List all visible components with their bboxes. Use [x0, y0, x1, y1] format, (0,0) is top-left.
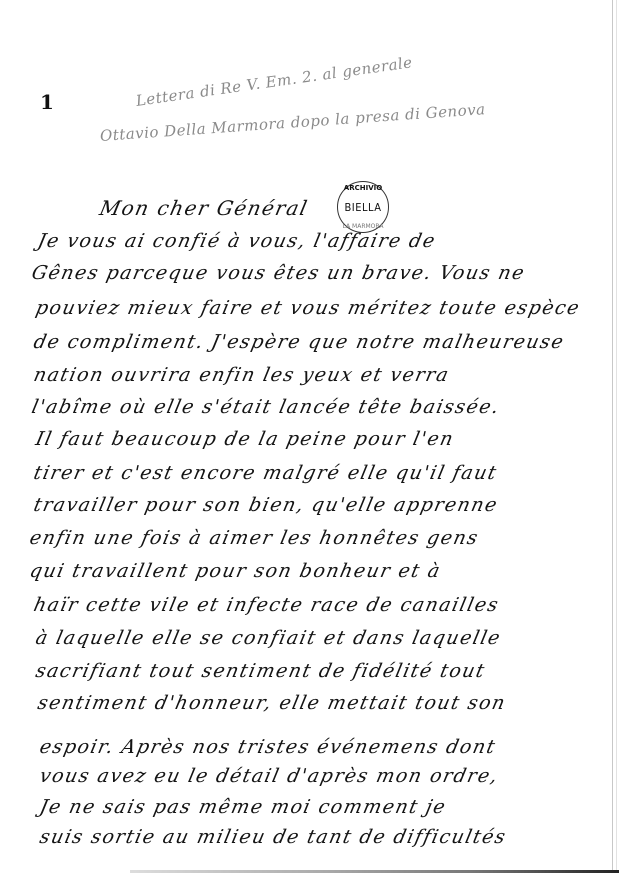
letter-line: qui travaillent pour son bonheur et à — [28, 560, 444, 582]
stamp-top-text: ARCHIVIO — [338, 184, 388, 192]
scan-edge-right-outer — [616, 0, 617, 873]
stamp-bottom-text: LA MARMORA — [338, 223, 388, 230]
letter-line: Je ne sais pas même moi comment je — [38, 796, 449, 818]
letter-line: espoir. Après nos tristes événemens dont — [38, 736, 499, 758]
letter-line: l'abîme où elle s'était lancée tête bais… — [30, 396, 502, 418]
letter-line: travailler pour son bien, qu'elle appren… — [32, 494, 501, 516]
page-number: 1 — [40, 90, 54, 114]
letter-line: nation ouvrira enfin les yeux et verra — [32, 364, 452, 386]
letter-line: enfin une fois à aimer les honnêtes gens — [28, 527, 481, 549]
archival-annotation-line-1: Lettera di Re V. Em. 2. al generale — [135, 53, 414, 110]
salutation: Mon cher Général — [97, 196, 310, 220]
letter-line: Je vous ai confié à vous, l'affaire de — [36, 230, 438, 252]
letter-line: sacrifiant tout sentiment de fidélité to… — [34, 660, 488, 682]
letter-line: Il faut beaucoup de la peine pour l'en — [34, 428, 457, 450]
letter-line: de compliment. J'espère que notre malheu… — [32, 331, 567, 353]
letter-line: à laquelle elle se confiait et dans laqu… — [34, 627, 504, 649]
letter-line: pouviez mieux faire et vous méritez tout… — [34, 297, 583, 319]
scan-edge-right — [612, 0, 613, 873]
letter-line: haïr cette vile et infecte race de canai… — [32, 594, 502, 616]
letter-line: suis sortie au milieu de tant de difficu… — [38, 826, 509, 848]
stamp-center-text: BIELLA — [345, 201, 382, 214]
archive-stamp: ARCHIVIO BIELLA LA MARMORA — [337, 181, 389, 233]
letter-line: Gênes parceque vous êtes un brave. Vous … — [30, 262, 528, 284]
letter-line: vous avez eu le détail d'après mon ordre… — [38, 765, 501, 787]
letter-line: tirer et c'est encore malgré elle qu'il … — [32, 462, 500, 484]
letter-line: sentiment d'honneur, elle mettait tout s… — [36, 692, 509, 714]
